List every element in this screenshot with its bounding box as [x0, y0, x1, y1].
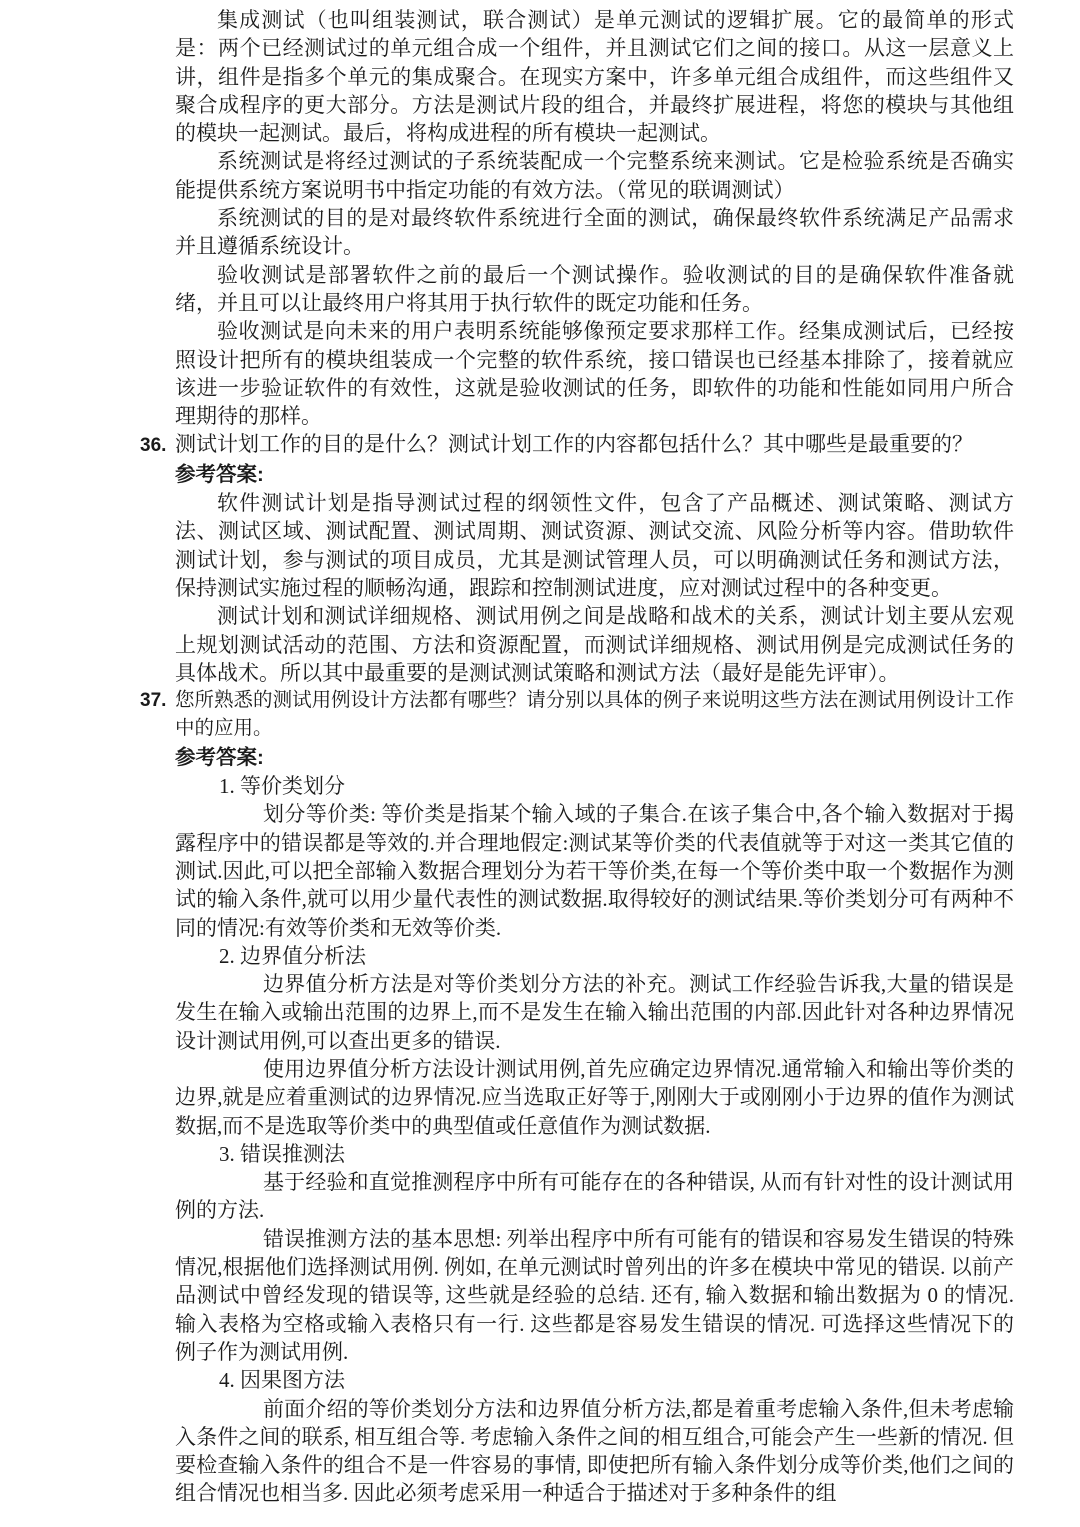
answer-item-paragraph: 使用边界值分析方法设计测试用例,首先应确定边界情况.通常输入和输出等价类的边界,…: [175, 1055, 1014, 1140]
question-text: 您所熟悉的测试用例设计方法都有哪些？请分别以具体的例子来说明这些方法在测试用例设…: [175, 690, 1014, 739]
intro-paragraph: 集成测试（也叫组装测试，联合测试）是单元测试的逻辑扩展。它的最简单的形式是：两个…: [175, 6, 1014, 147]
intro-paragraph: 验收测试是向未来的用户表明系统能够像预定要求那样工作。经集成测试后，已经按照设计…: [175, 317, 1014, 430]
intro-section: 集成测试（也叫组装测试，联合测试）是单元测试的逻辑扩展。它的最简单的形式是：两个…: [140, 6, 1014, 430]
answer-item-heading: 4. 因果图方法: [219, 1366, 1014, 1394]
answer-item-paragraph: 前面介绍的等价类划分方法和边界值分析方法,都是着重考虑输入条件,但未考虑输入条件…: [175, 1395, 1014, 1508]
document-page: 集成测试（也叫组装测试，联合测试）是单元测试的逻辑扩展。它的最简单的形式是：两个…: [0, 0, 1080, 1527]
intro-paragraph: 系统测试是将经过测试的子系统装配成一个完整系统来测试。它是检验系统是否确实能提供…: [175, 147, 1014, 204]
question-text: 测试计划工作的目的是什么？测试计划工作的内容都包括什么？其中哪些是最重要的？: [175, 432, 973, 456]
question-item: 36.测试计划工作的目的是什么？测试计划工作的内容都包括什么？其中哪些是最重要的…: [175, 430, 1014, 460]
answer-label: 参考答案:: [175, 744, 1014, 772]
intro-paragraph: 系统测试的目的是对最终软件系统进行全面的测试，确保最终软件系统满足产品需求并且遵…: [175, 204, 1014, 261]
answer-item-paragraph: 划分等价类: 等价类是指某个输入域的子集合.在该子集合中,各个输入数据对于揭露程…: [175, 800, 1014, 941]
answer-label: 参考答案:: [175, 461, 1014, 489]
answer-item-paragraph: 基于经验和直觉推测程序中所有可能存在的各种错误, 从而有针对性的设计测试用例的方…: [175, 1168, 1014, 1225]
questions-section: 36.测试计划工作的目的是什么？测试计划工作的内容都包括什么？其中哪些是最重要的…: [140, 430, 1014, 1507]
answer-item-heading: 2. 边界值分析法: [219, 942, 1014, 970]
question-item: 37.您所熟悉的测试用例设计方法都有哪些？请分别以具体的例子来说明这些方法在测试…: [175, 687, 1014, 744]
answer-paragraph: 软件测试计划是指导测试过程的纲领性文件，包含了产品概述、测试策略、测试方法、测试…: [175, 489, 1014, 602]
answer-item-paragraph: 边界值分析方法是对等价类划分方法的补充。测试工作经验告诉我,大量的错误是发生在输…: [175, 970, 1014, 1055]
answer-item-heading: 3. 错误推测法: [219, 1140, 1014, 1168]
question-number: 36.: [140, 432, 175, 460]
question-number: 37.: [140, 687, 175, 715]
answer-item-heading: 1. 等价类划分: [219, 772, 1014, 800]
answer-paragraph: 测试计划和测试详细规格、测试用例之间是战略和战术的关系，测试计划主要从宏观上规划…: [175, 602, 1014, 687]
answer-item-paragraph: 错误推测方法的基本思想: 列举出程序中所有可能有的错误和容易发生错误的特殊情况,…: [175, 1225, 1014, 1366]
intro-paragraph: 验收测试是部署软件之前的最后一个测试操作。验收测试的目的是确保软件准备就绪，并且…: [175, 261, 1014, 318]
